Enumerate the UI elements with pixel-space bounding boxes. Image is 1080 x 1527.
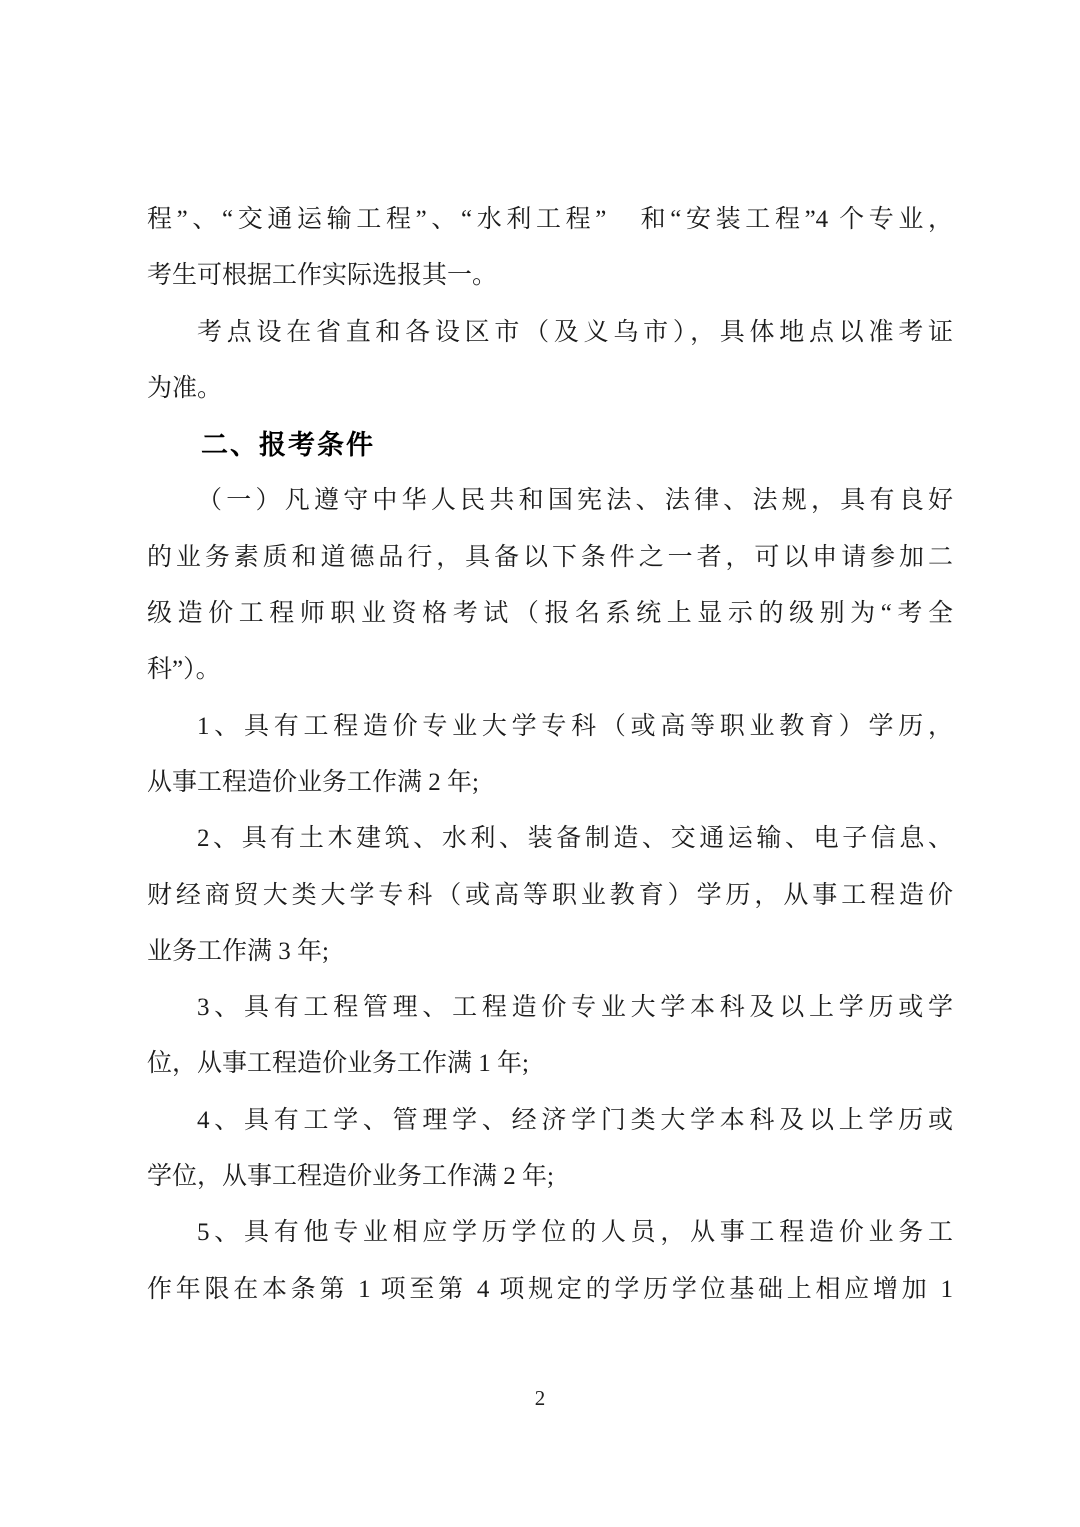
text-line: 位，从事工程造价业务工作满 1 年; — [147, 1036, 953, 1092]
text-line: 2、具有土木建筑、水利、装备制造、交通运输、电子信息、 — [147, 811, 953, 867]
text-line: 级造价工程师职业资格考试（报名系统上显示的级别为“考全 — [147, 586, 953, 642]
document-body: 程”、“交通运输工程”、“水利工程” 和“安装工程”4 个专业， 考生可根据工作… — [147, 192, 953, 1318]
document-page: 程”、“交通运输工程”、“水利工程” 和“安装工程”4 个专业， 考生可根据工作… — [0, 0, 1080, 1527]
text-line: 3、具有工程管理、工程造价专业大学本科及以上学历或学 — [147, 980, 953, 1036]
text-line: 4、具有工学、管理学、经济学门类大学本科及以上学历或 — [147, 1093, 953, 1149]
text-line: 的业务素质和道德品行，具备以下条件之一者，可以申请参加二 — [147, 530, 953, 586]
text-line: 考点设在省直和各设区市（及义乌市），具体地点以准考证 — [147, 305, 953, 361]
section-heading: 二、报考条件 — [147, 417, 953, 473]
text-line: 科”）。 — [147, 642, 953, 698]
text-line: 5、具有他专业相应学历学位的人员，从事工程造价业务工 — [147, 1205, 953, 1261]
text-line: 考生可根据工作实际选报其一。 — [147, 248, 953, 304]
text-line: 学位，从事工程造价业务工作满 2 年; — [147, 1149, 953, 1205]
page-number: 2 — [0, 1386, 1080, 1411]
text-line: 从事工程造价业务工作满 2 年; — [147, 755, 953, 811]
text-line: 作年限在本条第 1 项至第 4 项规定的学历学位基础上相应增加 1 — [147, 1262, 953, 1318]
text-line: 业务工作满 3 年; — [147, 924, 953, 980]
text-line: 为准。 — [147, 361, 953, 417]
text-line: 程”、“交通运输工程”、“水利工程” 和“安装工程”4 个专业， — [147, 192, 953, 248]
text-line: 财经商贸大类大学专科（或高等职业教育）学历，从事工程造价 — [147, 868, 953, 924]
text-line: （一）凡遵守中华人民共和国宪法、法律、法规，具有良好 — [147, 473, 953, 529]
text-line: 1、具有工程造价专业大学专科（或高等职业教育）学历， — [147, 699, 953, 755]
